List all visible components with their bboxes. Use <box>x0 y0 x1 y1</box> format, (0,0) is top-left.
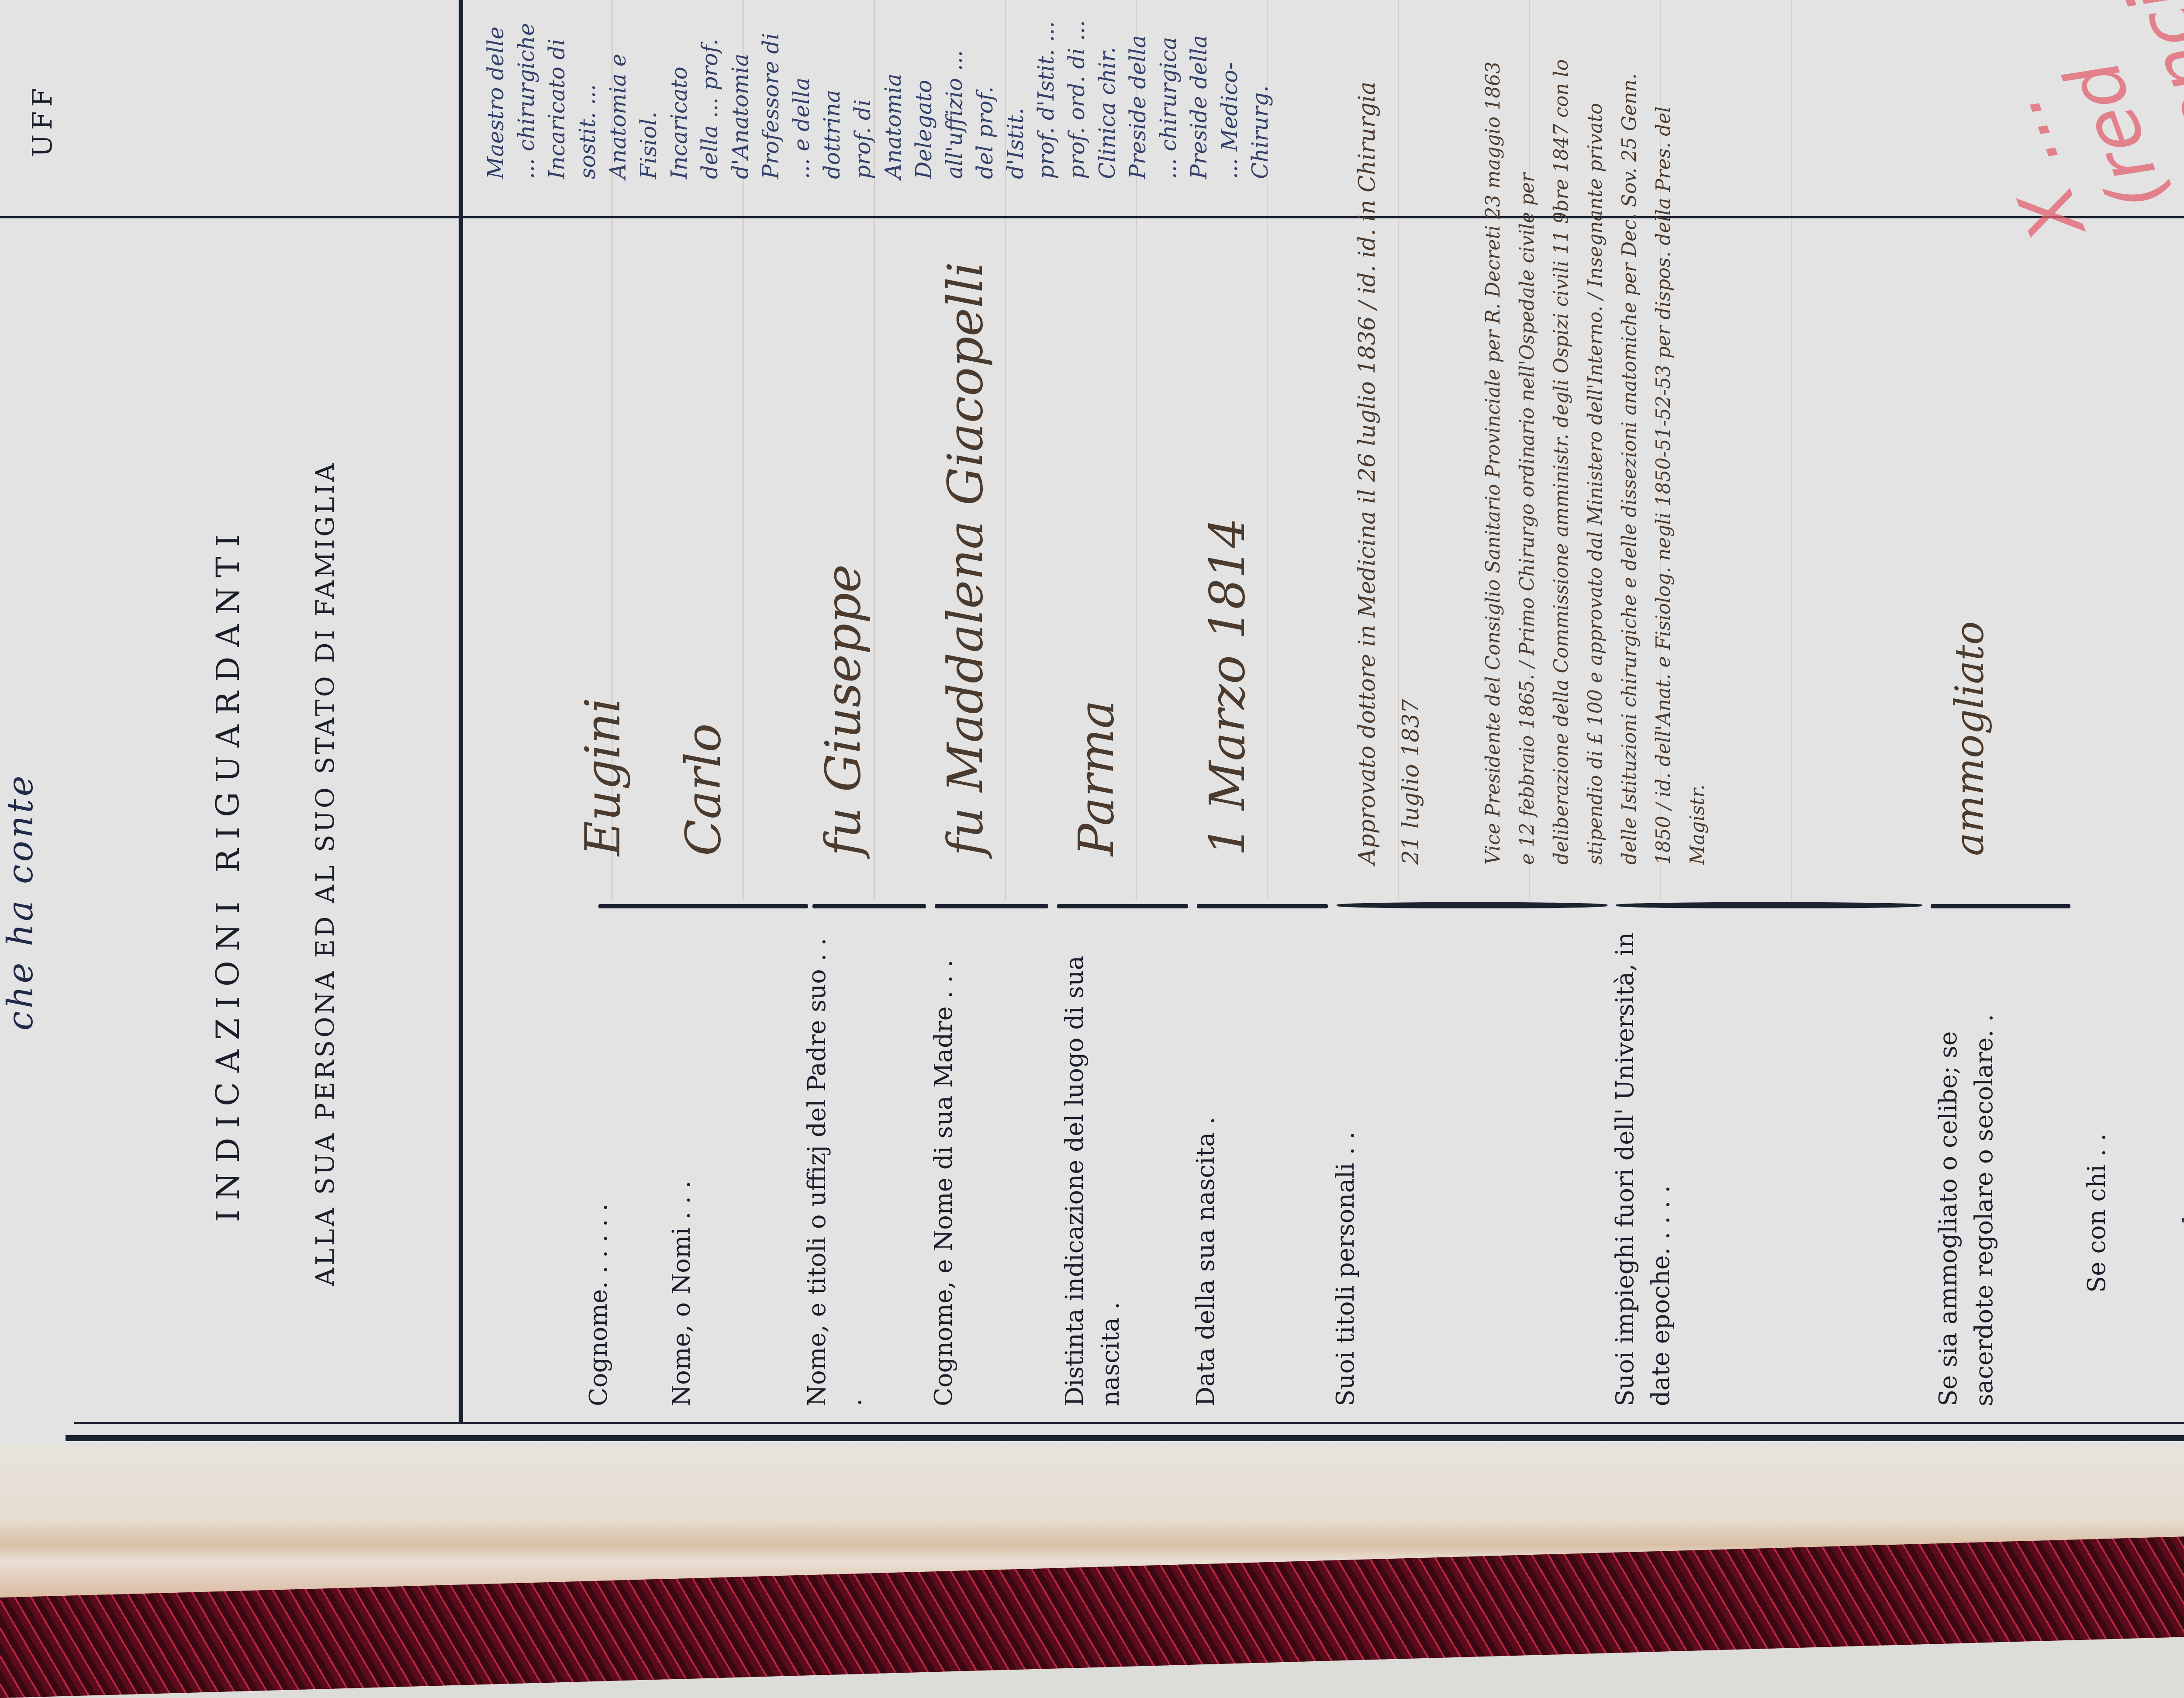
adjacent-line: prof. di Anatomia <box>847 13 909 179</box>
label-cognome: Cognome. . . . . . <box>581 926 617 1406</box>
value-titoli: Approvato dottore in Medicina il 26 lugl… <box>1345 79 1433 865</box>
label-nome: Nome, o Nomi . . . <box>664 926 700 1406</box>
value-impieghi: Vice Presidente del Consiglio Sanitario … <box>1476 57 1715 865</box>
ruled-line <box>1791 0 1792 900</box>
brace-separator <box>1337 902 1607 908</box>
value-cognome: Eugini <box>581 697 625 856</box>
value-data-nascita: 1 Marzo 1814 <box>1206 518 1249 856</box>
adjacent-line: prof. d'Istit. ... <box>1031 13 1061 179</box>
value-luogo-nascita: Parma <box>1075 700 1118 856</box>
value-nome: Carlo <box>681 723 725 856</box>
brace-separator <box>935 904 1048 908</box>
adjacent-column-notes: Maestro delle ... chirurgiche Incaricato… <box>480 13 1275 179</box>
column-divider <box>0 216 2184 218</box>
adjacent-line: Delegato all'uffizio ... del prof. d'Ist… <box>909 13 1031 179</box>
label-madre: Cognome, e Nome di sua Madre . . . <box>926 926 962 1406</box>
brace-separator <box>1057 904 1188 908</box>
brace-separator <box>1197 904 1328 908</box>
brace-separator <box>1931 904 2070 908</box>
label-padre: Nome, e titoli o uffizj del Padre suo . … <box>799 926 871 1406</box>
adjacent-line: Maestro delle ... chirurgiche <box>480 13 542 179</box>
brace-separator <box>598 904 808 908</box>
adjacent-line: Incaricato di sostit. ... Anatomia e Fis… <box>542 13 664 179</box>
adjacent-line: Preside della ... Medico-Chirurg. <box>1184 13 1275 179</box>
header-divider <box>459 0 463 1424</box>
document-page: che ha conte INDICAZIONI RIGUARDANTI ALL… <box>0 0 2184 1572</box>
form-title: INDICAZIONI RIGUARDANTI <box>210 328 246 1419</box>
label-luogo-nascita: Distinta indicazione del luogo di sua na… <box>1057 926 1129 1406</box>
label-impieghi: Suoi impieghi fuori dell' Università, in… <box>1607 926 1679 1406</box>
value-padre: fu Giuseppe <box>821 564 865 856</box>
brace-separator <box>1616 902 1922 908</box>
value-stato-civile: ammogliato <box>1948 621 1992 856</box>
cut-off-text: che ha conte <box>0 773 41 1031</box>
page-border-inner <box>74 0 2184 1424</box>
value-madre: fu Maddalena Giacopelli <box>943 262 987 856</box>
rotated-form: che ha conte INDICAZIONI RIGUARDANTI ALL… <box>0 0 2184 1555</box>
adjacent-line: Professore di ... e della dottrina <box>756 13 847 179</box>
brace-separator <box>812 904 926 908</box>
label-stato-civile: Se sia ammogliato o celibe; se sacerdote… <box>1931 926 2002 1406</box>
label-titoli: Suoi titoli personali . . <box>1328 926 1364 1406</box>
label-data-nascita: Data della sua nascita . <box>1188 926 1224 1406</box>
label-con-chi: Se con chi . . <box>2079 943 2115 1293</box>
adjacent-column-heading: UFF <box>26 84 58 157</box>
adjacent-line: prof. ord. di ... Clinica chir. <box>1061 13 1123 179</box>
form-subtitle: ALLA SUA PERSONA ED AL SUO STATO DI FAMI… <box>310 328 340 1419</box>
label-quando: quando . . <box>2175 943 2184 1293</box>
adjacent-line: Incaricato della ... prof. d'Anatomia <box>664 13 756 179</box>
adjacent-line: Preside della ... chirurgica <box>1123 13 1184 179</box>
